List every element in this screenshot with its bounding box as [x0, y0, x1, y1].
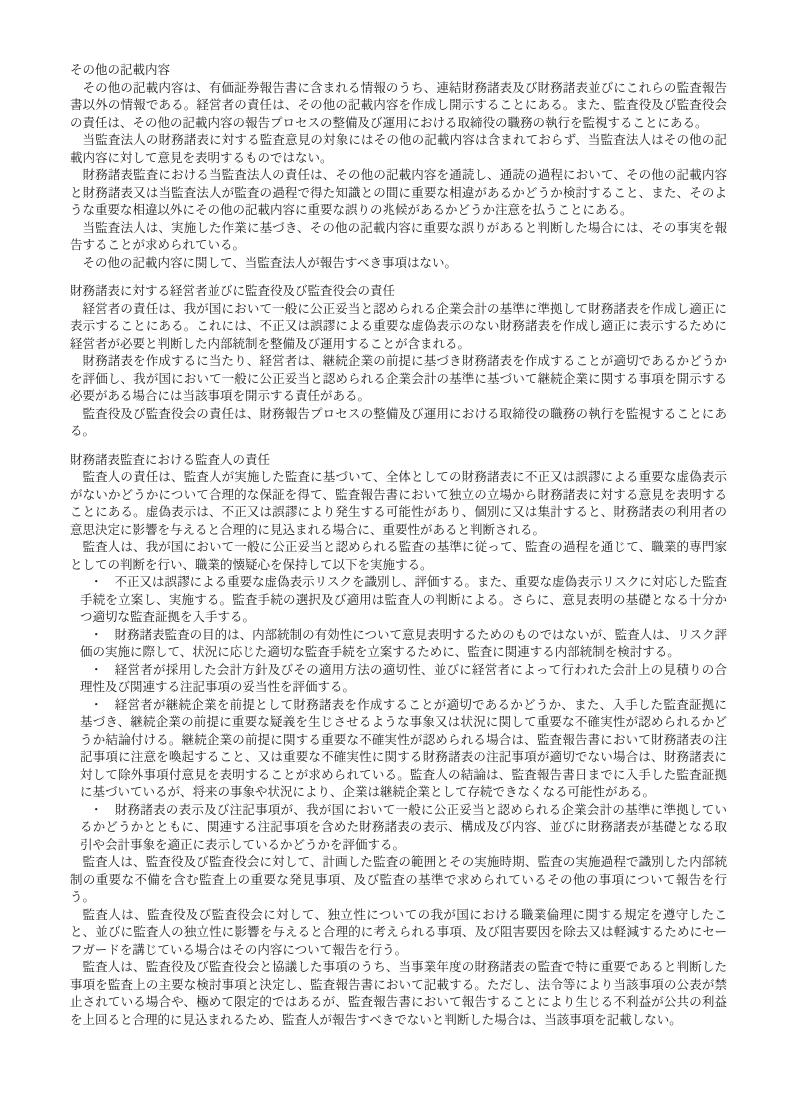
section-heading: その他の記載内容	[70, 62, 727, 80]
audit-report-page: その他の記載内容 その他の記載内容は、有価証券報告書に含まれる情報のうち、連結財…	[0, 0, 790, 1118]
paragraph: その他の記載内容は、有価証券報告書に含まれる情報のうち、連結財務諸表及び財務諸表…	[70, 80, 727, 133]
paragraph: 当監査法人は、実施した作業に基づき、その他の記載内容に重要な誤りがあると判断した…	[70, 220, 727, 255]
paragraph: 財務諸表を作成するに当たり、経営者は、継続企業の前提に基づき財務諸表を作成するこ…	[70, 353, 727, 406]
list-item-text: 経営者が継続企業を前提として財務諸表を作成することが適切であるかどうか、また、入…	[80, 698, 727, 800]
section-heading: 財務諸表に対する経営者並びに監査役及び監査役会の責任	[70, 283, 727, 301]
bullet-marker-icon: ・	[90, 628, 103, 642]
section-heading: 財務諸表監査における監査人の責任	[70, 452, 727, 470]
paragraph: 財務諸表監査における当監査法人の責任は、その他の記載内容を通読し、通読の過程にお…	[70, 167, 727, 220]
paragraph: 監査人の責任は、監査人が実施した監査に基づいて、全体としての財務諸表に不正又は誤…	[70, 469, 727, 539]
paragraph: その他の記載内容に関して、当監査法人が報告すべき事項はない。	[70, 255, 727, 273]
section-other-information: その他の記載内容 その他の記載内容は、有価証券報告書に含まれる情報のうち、連結財…	[70, 62, 727, 272]
section-divider-space	[70, 272, 727, 283]
bullet-marker-icon: ・	[90, 575, 103, 589]
section-divider-space	[70, 441, 727, 452]
bullet-marker-icon: ・	[90, 803, 103, 817]
list-item-text: 不正又は誤謬による重要な虚偽表示リスクを識別し、評価する。また、重要な虚偽表示リ…	[80, 575, 727, 624]
section-management-responsibility: 財務諸表に対する経営者並びに監査役及び監査役会の責任 経営者の責任は、我が国にお…	[70, 283, 727, 441]
list-item-text: 財務諸表の表示及び注記事項が、我が国において一般に公正妥当と認められる企業会計の…	[80, 803, 727, 852]
paragraph: 当監査法人の財務諸表に対する監査意見の対象にはその他の記載内容は含まれておらず、…	[70, 132, 727, 167]
section-auditor-responsibility: 財務諸表監査における監査人の責任 監査人の責任は、監査人が実施した監査に基づいて…	[70, 452, 727, 1030]
paragraph: 監査人は、監査役及び監査役会に対して、計画した監査の範囲とその実施時期、監査の実…	[70, 854, 727, 907]
list-item-text: 財務諸表監査の目的は、内部統制の有効性について意見表明するためのものではないが、…	[80, 628, 727, 660]
list-item: ・経営者が採用した会計方針及びその適用方法の適切性、並びに経営者によって行われた…	[80, 662, 727, 697]
list-item: ・経営者が継続企業を前提として財務諸表を作成することが適切であるかどうか、また、…	[80, 697, 727, 802]
list-item-text: 経営者が採用した会計方針及びその適用方法の適切性、並びに経営者によって行われた会…	[80, 663, 727, 695]
bullet-marker-icon: ・	[90, 698, 103, 712]
paragraph: 監査人は、監査役及び監査役会と協議した事項のうち、当事業年度の財務諸表の監査で特…	[70, 959, 727, 1029]
list-item: ・不正又は誤謬による重要な虚偽表示リスクを識別し、評価する。また、重要な虚偽表示…	[80, 574, 727, 627]
paragraph: 経営者の責任は、我が国において一般に公正妥当と認められる企業会計の基準に準拠して…	[70, 301, 727, 354]
paragraph: 監査役及び監査役会の責任は、財務報告プロセスの整備及び運用における取締役の職務の…	[70, 406, 727, 441]
paragraph: 監査人は、監査役及び監査役会に対して、独立性についての我が国における職業倫理に関…	[70, 907, 727, 960]
auditor-procedures-list: ・不正又は誤謬による重要な虚偽表示リスクを識別し、評価する。また、重要な虚偽表示…	[70, 574, 727, 854]
bullet-marker-icon: ・	[90, 663, 103, 677]
list-item: ・財務諸表監査の目的は、内部統制の有効性について意見表明するためのものではないが…	[80, 627, 727, 662]
paragraph: 監査人は、我が国において一般に公正妥当と認められる監査の基準に従って、監査の過程…	[70, 539, 727, 574]
list-item: ・財務諸表の表示及び注記事項が、我が国において一般に公正妥当と認められる企業会計…	[80, 802, 727, 855]
